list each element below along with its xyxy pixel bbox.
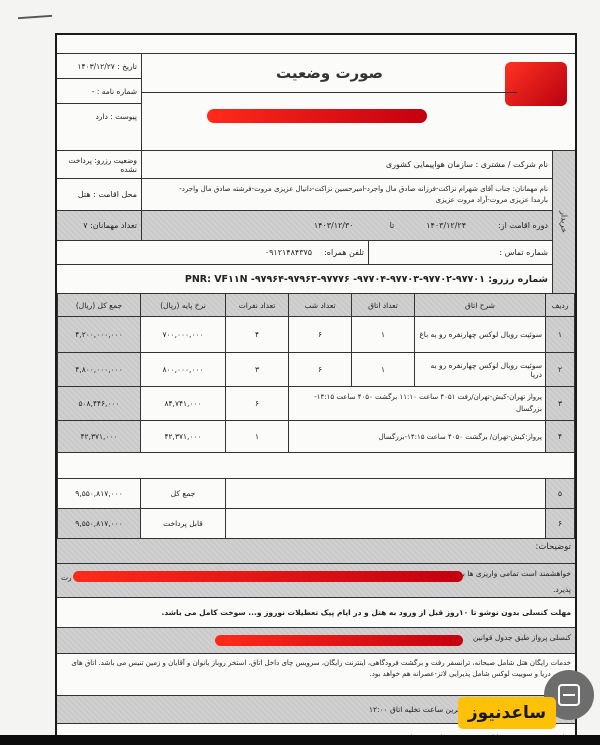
table-row: ۲ سوئیت رویال لوکس چهارنفره رو به دریا ۱…	[58, 353, 575, 387]
row-index: ۴	[546, 421, 575, 453]
guest-count: تعداد مهمانان: ۷	[57, 211, 141, 240]
row-index: ۳	[546, 387, 575, 421]
cancellation-note: مهلت کنسلی بدون نوشو تا ۱۰روز قبل از ورو…	[57, 598, 575, 628]
company-name: نام شرکت / مشتری : سازمان هواپیمایی کشور…	[141, 151, 552, 178]
row-nights: ۶	[289, 317, 352, 353]
mobile-number: ۰۹۱۲۱۴۸۴۳۷۵	[265, 248, 312, 257]
grand-total-value: ۹,۵۵۰,۸۱۷,۰۰۰	[58, 479, 141, 509]
row-index: ۲	[546, 353, 575, 387]
row-total: ۵۰۸,۴۴۶,۰۰۰	[58, 387, 141, 421]
header-row-number: ردیف	[546, 294, 575, 317]
page-title: صورت وضعیت	[142, 64, 517, 82]
header-total: جمع کل (ریال)	[58, 294, 141, 317]
row-people: ۳	[226, 353, 289, 387]
stay-period-row: دوره اقامت از: ۱۴۰۳/۱۲/۲۴ تا ۱۴۰۳/۱۲/۳۰ …	[57, 211, 552, 241]
payable-value: ۹,۵۵۰,۸۱۷,۰۰۰	[58, 509, 141, 539]
letter-number-field: شماره نامه : -	[57, 79, 141, 104]
payment-note: خواهشمند است تمامی واریزی ها به رت پذیرد…	[57, 564, 575, 598]
row-index: ۵	[546, 479, 575, 509]
table-row: ۱ سوئیت رویال لوکس چهارنفره رو به باغ ۱ …	[58, 317, 575, 353]
row-desc: پرواز تهران-کیش-تهران/رفت ۴۰۵۱ ساعت ۱۱:۱…	[289, 387, 546, 421]
row-rooms: ۱	[352, 317, 415, 353]
payment-note-line2: پذیرد.	[61, 584, 571, 596]
scan-icon	[558, 684, 580, 706]
table-header-row: ردیف شرح اتاق تعداد اتاق تعداد شب تعداد …	[58, 294, 575, 317]
header-room-count: تعداد اتاق	[352, 294, 415, 317]
stay-to-label: تا	[390, 221, 395, 230]
row-base-rate: ۸۴,۷۴۱,۰۰۰	[141, 387, 226, 421]
status-document: صورت وضعیت تاریخ : ۱۴۰۳/۱۲/۲۷ شماره نامه…	[55, 33, 577, 745]
row-desc: پرواز:کیش-تهران/ برگشت ۴۰۵۰ ساعت ۱۴:۱۵-ب…	[289, 421, 546, 453]
buyer-label-text: خریدار	[560, 211, 569, 233]
empty-cell	[226, 509, 546, 539]
grand-total-row: ۵ جمع کل ۹,۵۵۰,۸۱۷,۰۰۰	[58, 479, 575, 509]
notes-label: توضیحات:	[57, 539, 575, 564]
reservation-status: وضعیت رزرو: پرداخت نشده	[57, 151, 141, 178]
brand-watermark: ساعدنیوز	[458, 697, 556, 729]
row-total: ۴,۲۰۰,۰۰۰,۰۰۰	[58, 317, 141, 353]
row-base-rate: ۷۰۰,۰۰۰,۰۰۰	[141, 317, 226, 353]
date-field: تاریخ : ۱۴۰۳/۱۲/۲۷	[57, 54, 141, 79]
redacted-flight-rules	[215, 635, 463, 646]
header-base-rate: نرخ پایه (ریال)	[141, 294, 226, 317]
document-header: صورت وضعیت تاریخ : ۱۴۰۳/۱۲/۲۷ شماره نامه…	[57, 54, 575, 151]
guest-names-line1: نام مهمانان: جناب آقای شهرام نزاکت-فرزان…	[179, 184, 548, 195]
mobile-label: تلفن همراه:	[324, 248, 364, 257]
guest-names-line2: بارمدا عزیزی مروت-آراد مروت عزیزی	[436, 195, 548, 206]
logo-area	[517, 54, 575, 150]
flight-cancel-text: کنسلی پرواز طبق جدول قوانین	[473, 633, 571, 642]
row-index: ۶	[546, 509, 575, 539]
row-people: ۶	[226, 387, 289, 421]
header-people: تعداد نفرات	[226, 294, 289, 317]
row-nights: ۶	[289, 353, 352, 387]
stay-from-label: دوره اقامت از:	[498, 221, 548, 230]
spacer-cell	[58, 453, 575, 479]
stay-location: محل اقامت : هتل	[57, 179, 141, 210]
contact-number: شماره تماس :	[368, 241, 552, 264]
title-divider	[142, 92, 517, 93]
customer-info-body: نام شرکت / مشتری : سازمان هواپیمایی کشور…	[57, 151, 552, 293]
attachment-field: پیوست : دارد	[57, 104, 141, 128]
row-base-rate: ۴۲,۳۷۱,۰۰۰	[141, 421, 226, 453]
header-side-column: تاریخ : ۱۴۰۳/۱۲/۲۷ شماره نامه : - پیوست …	[57, 54, 141, 150]
reservation-numbers: شماره رزرو: ۹۷۷۰۱-۹۷۷۰۲-۹۷۷۰۳-۹۷۷۰۴- ۹۷۷…	[57, 265, 552, 293]
row-base-rate: ۸۰۰,۰۰۰,۰۰۰	[141, 353, 226, 387]
row-people: ۴	[226, 317, 289, 353]
row-desc: سوئیت رویال لوکس چهارنفره رو به باغ	[415, 317, 546, 353]
customer-info-section: خریدار نام شرکت / مشتری : سازمان هواپیما…	[57, 151, 575, 293]
reservation-number-row: شماره رزرو: ۹۷۷۰۱-۹۷۷۰۲-۹۷۷۰۳-۹۷۷۰۴- ۹۷۷…	[57, 265, 552, 293]
row-rooms: ۱	[352, 353, 415, 387]
header-nights: تعداد شب	[289, 294, 352, 317]
items-table: ردیف شرح اتاق تعداد اتاق تعداد شب تعداد …	[57, 293, 575, 539]
title-area: صورت وضعیت	[141, 54, 517, 150]
payable-label: قابل پرداخت	[141, 509, 226, 539]
flight-cancel-note: کنسلی پرواز طبق جدول قوانین	[57, 628, 575, 654]
grand-total-label: جمع کل	[141, 479, 226, 509]
payment-note-text: خواهشمند است تمامی واریزی ها به	[459, 569, 571, 578]
redacted-account-info	[73, 571, 463, 582]
buyer-vertical-label: خریدار	[552, 151, 575, 293]
empty-cell	[226, 479, 546, 509]
redacted-company-name	[207, 109, 427, 123]
header-room-desc: شرح اتاق	[415, 294, 546, 317]
table-row: ۴ پرواز:کیش-تهران/ برگشت ۴۰۵۰ ساعت ۱۴:۱۵…	[58, 421, 575, 453]
row-index: ۱	[546, 317, 575, 353]
page-corner-mark	[18, 15, 52, 19]
row-total: ۴۲,۳۷۱,۰۰۰	[58, 421, 141, 453]
guests-row: نام مهمانان: جناب آقای شهرام نزاکت-فرزان…	[57, 179, 552, 211]
stay-period: دوره اقامت از: ۱۴۰۳/۱۲/۲۴ تا ۱۴۰۳/۱۲/۳۰	[141, 211, 552, 240]
row-desc: سوئیت رویال لوکس چهارنفره رو به دریا	[415, 353, 546, 387]
row-total: ۴,۸۰۰,۰۰۰,۰۰۰	[58, 353, 141, 387]
stay-to-date: ۱۴۰۳/۱۲/۳۰	[314, 221, 354, 230]
top-band	[57, 35, 575, 54]
bottom-edge	[0, 735, 600, 745]
guest-names: نام مهمانان: جناب آقای شهرام نزاکت-فرزان…	[141, 179, 552, 210]
company-row: نام شرکت / مشتری : سازمان هواپیمایی کشور…	[57, 151, 552, 179]
stay-from-date: ۱۴۰۳/۱۲/۲۴	[426, 221, 466, 230]
table-row: ۳ پرواز تهران-کیش-تهران/رفت ۴۰۵۱ ساعت ۱۱…	[58, 387, 575, 421]
payment-note-tail: رت	[61, 572, 72, 584]
table-spacer-row	[58, 453, 575, 479]
row-people: ۱	[226, 421, 289, 453]
services-note: خدمات رایگان هتل شامل صبحانه، ترانسفر رف…	[57, 654, 575, 696]
mobile-cell: تلفن همراه: ۰۹۱۲۱۴۸۴۳۷۵	[57, 241, 368, 264]
contact-row: شماره تماس : تلفن همراه: ۰۹۱۲۱۴۸۴۳۷۵	[57, 241, 552, 265]
payable-row: ۶ قابل پرداخت ۹,۵۵۰,۸۱۷,۰۰۰	[58, 509, 575, 539]
